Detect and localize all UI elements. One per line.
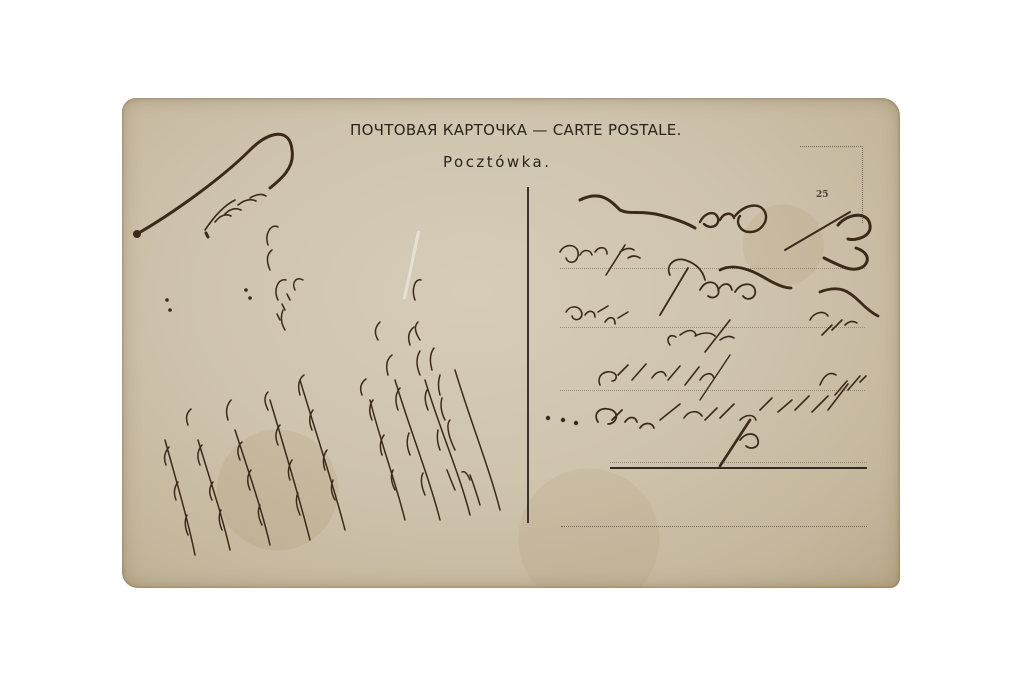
stamp-box — [800, 146, 863, 223]
stamp-box-number: 25 — [816, 190, 829, 200]
address-line-solid — [610, 467, 867, 469]
center-divider-line — [527, 187, 529, 523]
printed-header-title: ПОЧТОВАЯ КАРТОЧКА — CARTE POSTALE. — [350, 121, 710, 139]
printed-header-subtitle: Pocztówka. — [443, 153, 552, 171]
address-line-dotted — [610, 462, 867, 463]
address-line-dotted — [560, 390, 865, 391]
address-line-dotted — [560, 327, 865, 328]
postcard — [122, 98, 900, 588]
bottom-dotted-line — [561, 526, 867, 527]
address-line-dotted — [560, 268, 865, 269]
